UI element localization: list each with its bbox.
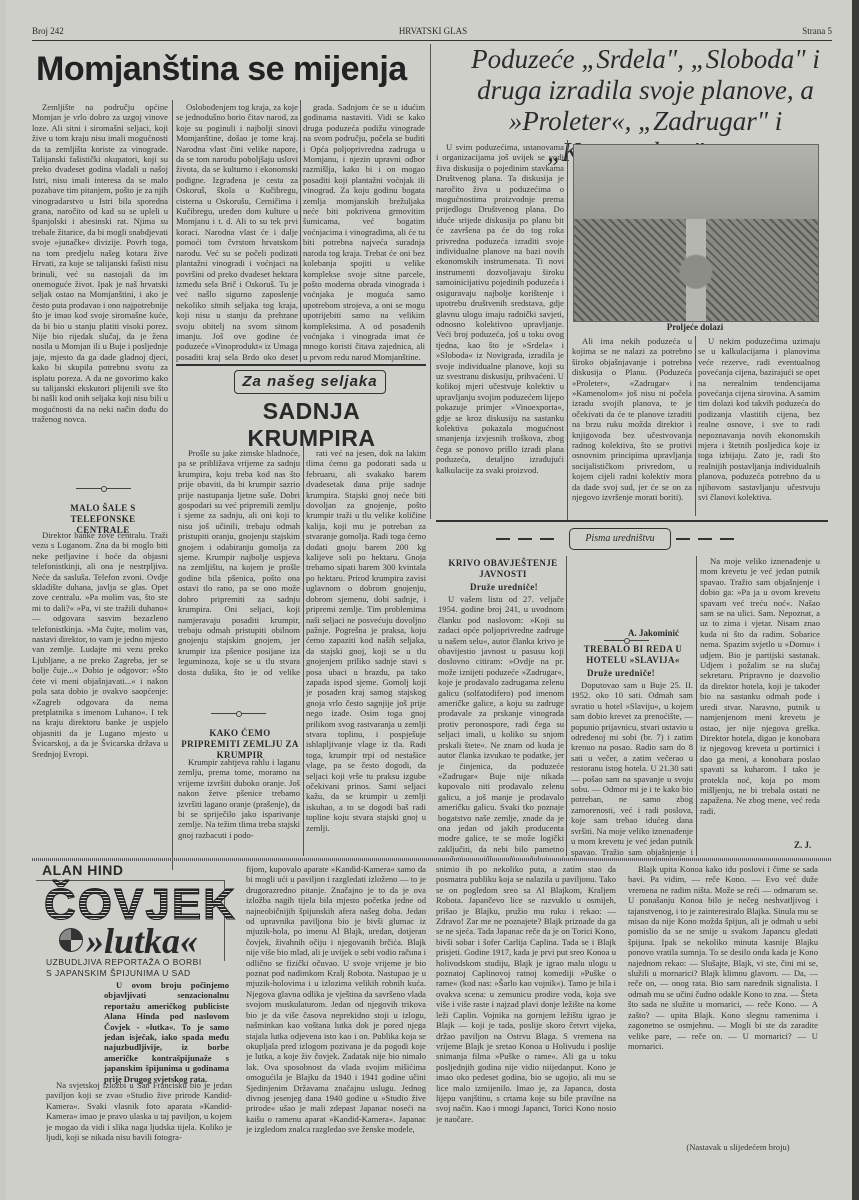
poduzece-column-1: U svim poduzećima, ustanovama i organiza… [436,142,564,514]
masthead: Broj 242 HRVATSKI GLAS Strana 5 [32,26,832,38]
momjan-column-1: Zemljište na području općine Momjan je v… [32,102,168,432]
momjan-column-3: grada. Sadnjom će se u idućim godinama n… [303,102,425,364]
issue-number: Broj 242 [32,26,64,36]
headline-krivo-obavjestenje: KRIVO OBAVJEŠTENJE JAVNOSTI [443,558,563,580]
serial-column-1: Na svjetskoj izložbi u San Francisku bio… [46,1080,232,1152]
headline-momjanstina: Momjanština se mijenja [36,50,407,89]
serial-column-2: fijom, kupovalo aparate »Kandid-Kamera« … [246,864,426,1154]
garden-photo [573,144,819,322]
ornament-divider [211,713,266,714]
serial-intro: U ovom broju počinjemo objavljivati senz… [104,980,229,1084]
serial-tagline: UZBUDLJIVA REPORTAŽA O BORBI S JAPANSKIM… [46,957,202,979]
continued-note: (Nastavak u slijedećem broju) [686,1142,789,1152]
column-divider [567,140,568,520]
serial-author: ALAN HIND [42,862,124,878]
dash-rule-left [496,538,562,540]
letter2-body-cont: Na moje veliko iznenađenje u mom krevetu… [700,556,820,856]
serial-continued: (Nastavak u slijedećem broju) [658,1142,818,1154]
letter2-salutation: Druže uredniče! [566,668,676,679]
column-divider [172,100,173,870]
sale-body: Direktor banke zove centralu. Traži vezu… [32,530,168,845]
column-divider [300,100,301,362]
dash-rule-right [676,538,742,540]
letter2-continued-text: Na moje veliko iznenađenje u mom krevetu… [700,556,820,816]
section-rule [436,520,828,522]
za-naseg-seljaka-box: Za našeg seljaka [234,370,386,394]
serial-column-3: snimio ih po nekoliko puta, a zatim stao… [436,864,616,1154]
section-rule [176,364,426,366]
letter2-body: Doputovao sam u Buje 25. II. 1952. oko 1… [571,680,693,858]
column-divider [566,556,567,856]
momjan-column-2: Oslobođenjem tog kraja, za koje se jedno… [176,102,298,364]
krumpir-column-1: Prošle su jake zimske hladnoće, pa se pr… [178,448,300,676]
krumpir-column-2: rati već na jesen, dok na lakim tlima će… [306,448,426,853]
page-number: Strana 5 [802,26,832,36]
tagline-line-2: S JAPANSKIM ŠPIJUNIMA U SAD [46,968,202,979]
headline-sadnja-krumpira: SADNJA KRUMPIRA [199,398,424,452]
letter2-signature: Z. J. [794,840,811,850]
newspaper-page: Broj 242 HRVATSKI GLAS Strana 5 Momjanšt… [6,0,852,1200]
serial-column-4: Blajk upita Konoa kako idu poslovi i čim… [628,864,818,1142]
ornament-divider [604,640,649,641]
poduzece-column-3: U nekim poduzećima uzimaju se u kalkulac… [698,336,820,516]
photo-caption: Proljeće dolazi [573,322,817,332]
ball-icon [59,928,83,952]
masthead-rule [32,40,832,41]
poduzece-column-2: Ali ima nekih poduzeća u kojima se ne na… [572,336,692,516]
letter1-salutation: Druže uredniče! [454,582,554,593]
tagline-line-1: UZBUDLJIVA REPORTAŽA O BORBI [46,957,202,968]
page-edge-shadow [852,0,859,1200]
krumpir-sub-body: Krumpir zahtjeva rahlu i laganu zemlju, … [178,757,300,853]
pisma-urednistvu-box: Pisma uredništvu [569,528,671,550]
column-divider [430,44,431,519]
paper-name: HRVATSKI GLAS [399,26,467,36]
serial-title-lutka: »lutka« [86,920,198,962]
column-divider [695,336,696,516]
letter1-body: U vašem listu od 27. veljače 1954. godin… [438,594,564,858]
letter1-signature: A. Jakominić [628,628,679,638]
headline-trebalo-bi-reda: TREBALO BI REDA U HOTELU »SLAVIJA« [572,644,694,666]
column-divider [303,446,304,856]
column-divider [696,556,697,856]
section-dotted-rule [32,858,832,861]
ornament-divider [76,488,131,489]
